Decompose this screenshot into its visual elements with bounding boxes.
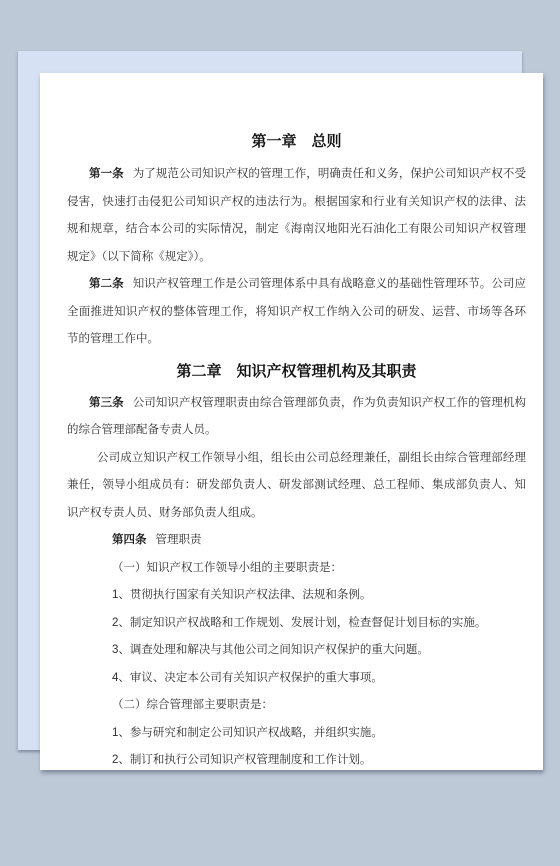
article-4-text: 管理职责 — [156, 534, 202, 546]
list-item: 1、贯彻执行国家有关知识产权法律、法规和条例。 — [67, 582, 526, 610]
list-item: 2、制订和执行公司知识产权管理制度和工作计划。 — [67, 747, 526, 770]
list-item: 3、调查处理和解决与其他公司之间知识产权保护的重大问题。 — [67, 637, 526, 665]
chapter-1-heading: 第一章 总则 — [67, 131, 526, 153]
article-1-paragraph: 第一条为了规范公司知识产权的管理工作，明确责任和义务，保护公司知识产权不受侵害，… — [67, 161, 526, 271]
list-item: 2、制定知识产权战略和工作规划、发展计划，检查督促计划目标的实施。 — [67, 610, 526, 638]
document-preview-canvas: 第一章 总则 第一条为了规范公司知识产权的管理工作，明确责任和义务，保护公司知识… — [0, 0, 560, 866]
page-content: 第一章 总则 第一条为了规范公司知识产权的管理工作，明确责任和义务，保护公司知识… — [40, 73, 543, 770]
article-3-label: 第三条 — [89, 397, 124, 409]
chapter-2-heading: 第二章 知识产权管理机构及其职责 — [67, 360, 526, 384]
article-1-label: 第一条 — [89, 168, 124, 180]
article-3-text: 公司知识产权管理职责由综合管理部负责，作为负责知识产权工作的管理机构的综合管理部… — [67, 397, 526, 437]
list-item: 1、参与研究和制定公司知识产权战略，并组织实施。 — [67, 720, 526, 748]
page-sheet-1: 第一章 总则 第一条为了规范公司知识产权的管理工作，明确责任和义务，保护公司知识… — [40, 73, 543, 770]
article-2-paragraph: 第二条知识产权管理工作是公司管理体系中具有战略意义的基础性管理环节。公司应全面推… — [67, 271, 526, 354]
list-item-duty-group-1-header: （一）知识产权工作领导小组的主要职责是： — [67, 555, 526, 583]
leading-group-paragraph: 公司成立知识产权工作领导小组，组长由公司总经理兼任，副组长由综合管理部经理兼任，… — [67, 445, 526, 528]
list-item-duty-group-2-header: （二）综合管理部主要职责是： — [67, 692, 526, 720]
list-item: 4、审议、决定本公司有关知识产权保护的重大事项。 — [67, 665, 526, 693]
article-3-paragraph: 第三条公司知识产权管理职责由综合管理部负责，作为负责知识产权工作的管理机构的综合… — [67, 390, 526, 445]
article-1-text: 为了规范公司知识产权的管理工作，明确责任和义务，保护公司知识产权不受侵害，快速打… — [67, 168, 526, 263]
article-2-label: 第二条 — [89, 278, 124, 290]
article-2-text: 知识产权管理工作是公司管理体系中具有战略意义的基础性管理环节。公司应全面推进知识… — [67, 278, 526, 345]
article-4-paragraph: 第四条管理职责 — [67, 527, 526, 555]
article-4-label: 第四条 — [112, 534, 147, 546]
